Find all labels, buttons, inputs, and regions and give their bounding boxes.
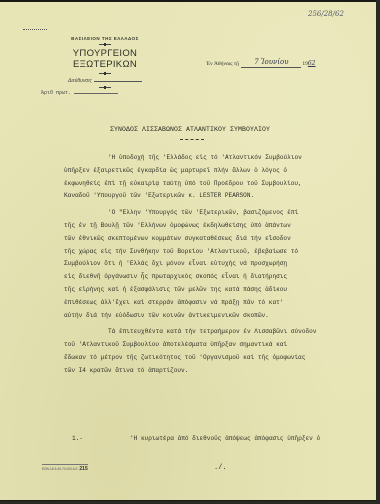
- directorate-blank: [94, 81, 142, 82]
- ornament-divider: [99, 87, 111, 88]
- ornament-divider: [99, 73, 111, 74]
- text-line: εἰς διεθνῆ ὀργάνωσιν ἧς πρωταρχικός σκοπ…: [64, 271, 360, 284]
- text-line: τῶν I4 κρατῶν ἅτινα τό ἀπαρτίζουν.: [64, 365, 360, 378]
- ministry-heading: ΥΠΟΥΡΓΕΙΟΝ ΕΞΩΤΕΡΙΚΩΝ: [40, 48, 170, 70]
- text-line: Συμβούλιον ὅτι ἡ 'Ελλάς ὄχι μόνον εἶναι …: [64, 258, 360, 271]
- text-line: Καναδοῦ 'Υπουργοῦ τῶν 'Εξωτερικῶν κ. LES…: [64, 190, 360, 203]
- text-line: 'Ο "Ελλην 'Υπουργός τῶν 'Εξωτερικῶν, βασ…: [64, 207, 360, 220]
- archive-reference: 256/28/62: [308, 10, 344, 18]
- dateline: Ἐν Ἀθήναις τῇ 7 Ἰουνίου1962: [206, 59, 315, 68]
- paragraph: 'Η ὑποδοχή τῆς 'Ελλάδος εἰς τό 'Ατλαντικ…: [64, 152, 360, 203]
- punch-mark: [23, 26, 47, 30]
- ornament-divider: [99, 44, 111, 45]
- form-number: 215: [79, 466, 87, 472]
- letterhead: ΒΑΣΙΛΕΙΟΝ ΤΗΣ ΕΛΛΑΔΟΣ ΥΠΟΥΡΓΕΙΟΝ ΕΞΩΤΕΡΙ…: [40, 36, 170, 91]
- text-line: ἔδωκαν τό μέτρον τῆς ζωτικότητος τοῦ 'Ορ…: [64, 352, 360, 365]
- protocol-label: Ἀριθ πρωτ.: [41, 90, 71, 96]
- text-line: Τά ἐπιτευχθέντα κατά τήν τετραήμερον ἐν …: [64, 326, 360, 339]
- text-line: τῆς χώρας εἰς τήν Συνθήκην τοῦ Βορείου '…: [64, 246, 360, 259]
- printer-imprint: ΕΘΝ-18-5-49-70.000 Α.Ε. 215: [42, 464, 88, 472]
- document-title: ΣΥΝΟΔΟΣ ΛΙΣΣΑΒΩΝΟΣ ΑΤΛΑΝΤΙΚΟΥ ΣΥΜΒΟΥΛΙΟΥ: [40, 126, 340, 133]
- continuation-mark: ./.: [214, 464, 227, 472]
- text-line: τῶν ἐθνικῶς σκεπτομένων κομμάτων συγκατα…: [64, 233, 360, 246]
- text-line: τοῦ 'Ατλαντικοῦ Συμβουλίου ἀποτελέσματα …: [64, 339, 360, 352]
- text-line: 'Η ὑποδοχή τῆς 'Ελλάδος εἰς τό 'Ατλαντικ…: [64, 152, 360, 165]
- scan-edge-right: [376, 0, 380, 504]
- document-body: 'Η ὑποδοχή τῆς 'Ελλάδος εἰς τό 'Ατλαντικ…: [64, 152, 360, 382]
- text-line: αὐτήν διά τήν εὐόδωσιν τῶν κοινῶν ἀντικε…: [64, 310, 360, 323]
- text-line: ὑπῆρξεν ἐξαιρετικῶς ἐγκαρδία ὡς μαρτυρεῖ…: [64, 165, 360, 178]
- title-underline: [180, 139, 204, 140]
- kingdom-heading: ΒΑΣΙΛΕΙΟΝ ΤΗΣ ΕΛΛΑΔΟΣ: [40, 36, 170, 41]
- item-number: 1.-: [72, 435, 130, 442]
- year-handwritten: 62: [308, 60, 316, 67]
- numbered-item: 1.-'Η κυριωτέρα ἀπό διεθνοῦς ἀπόψεως ἀπό…: [72, 435, 320, 442]
- text-line: ἐκφωνηθείς ἐπί τῇ εὐκαιρίᾳ ταύτῃ ὑπό τοῦ…: [64, 178, 360, 191]
- printer-imprint-text: ΕΘΝ-18-5-49-70.000 Α.Ε.: [42, 467, 79, 471]
- paragraph: 'Ο "Ελλην 'Υπουργός τῶν 'Εξωτερικῶν, βασ…: [64, 207, 360, 322]
- date-blank: 7 Ἰουνίου: [241, 59, 301, 68]
- protocol-number-field: Ἀριθ πρωτ.: [41, 90, 118, 96]
- directorate-field: Διεύθυνσις: [40, 78, 170, 84]
- paragraph: Τά ἐπιτευχθέντα κατά τήν τετραήμερον ἐν …: [64, 326, 360, 377]
- date-handwritten: 7 Ἰουνίου: [254, 58, 288, 66]
- text-line: τῆς ἐν τῇ Βουλῇ τῶν 'Ελλήνων ὁμοφώνως ἐκ…: [64, 220, 360, 233]
- dateline-place: Ἐν Ἀθήναις τῇ: [206, 61, 239, 67]
- document-page: 256/28/62 ΒΑΣΙΛΕΙΟΝ ΤΗΣ ΕΛΛΑΔΟΣ ΥΠΟΥΡΓΕΙ…: [0, 2, 376, 500]
- item-text: 'Η κυριωτέρα ἀπό διεθνοῦς ἀπόψεως ἀπόφασ…: [130, 435, 320, 442]
- protocol-blank: [74, 93, 118, 94]
- text-line: ἐπιθέσεως ἀλλ'ἔχει καί στερράν ἀπόφασιν …: [64, 297, 360, 310]
- directorate-label: Διεύθυνσις: [68, 78, 92, 84]
- text-line: τῆς εἰρήνης καί ἡ ἐξασφάλισις τῶν μελῶν …: [64, 284, 360, 297]
